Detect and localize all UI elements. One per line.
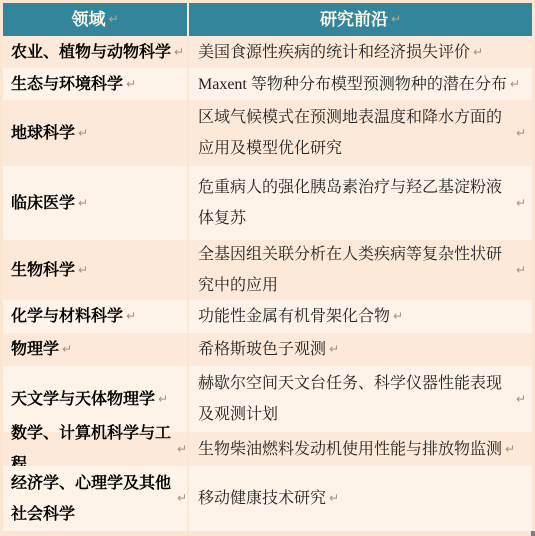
field-text: 临床医学 <box>11 188 75 219</box>
pilcrow-mark: ↵ <box>393 301 403 332</box>
pilcrow-mark: ↵ <box>516 255 526 286</box>
frontier-cell: 全基因组关联分析在人类疾病等复杂性状研究中的应用↵ <box>187 240 532 300</box>
pilcrow-mark: ↵ <box>177 483 187 514</box>
frontier-cell: 区域气候模式在预测地表温度和降水方面的应用及模型优化研究↵ <box>187 100 532 166</box>
pilcrow-mark: ↵ <box>329 483 339 514</box>
field-cell: 数学、计算机科学与工程↵ <box>3 432 187 466</box>
table-row: 地球科学↵ 区域气候模式在预测地表温度和降水方面的应用及模型优化研究↵ <box>3 100 532 166</box>
frontier-text: Maxent 等物种分布模型预测物种的潜在分布 <box>198 69 507 100</box>
field-text: 生态与环境科学 <box>11 69 123 100</box>
table-row: 化学与材料科学↵ 功能性金属有机骨架化合物↵ <box>3 300 532 333</box>
frontier-cell: 美国食源性疾病的统计和经济损失评价↵ <box>187 36 532 68</box>
field-cell: 临床医学↵ <box>3 166 187 240</box>
frontier-cell: Maxent 等物种分布模型预测物种的潜在分布↵ <box>187 68 532 100</box>
field-text: 物理学 <box>11 334 59 365</box>
pilcrow-mark: ↵ <box>516 384 526 415</box>
header-frontier-label: 研究前沿 <box>320 4 388 35</box>
frontier-cell: 希格斯玻色子观测↵ <box>187 333 532 366</box>
pilcrow-mark: ↵ <box>473 37 483 68</box>
frontier-text: 移动健康技术研究 <box>198 483 326 514</box>
field-text: 农业、植物与动物科学 <box>11 37 171 68</box>
pilcrow-mark: ↵ <box>391 4 401 35</box>
pilcrow-mark: ↵ <box>510 69 520 100</box>
pilcrow-mark: ↵ <box>516 118 526 149</box>
frontier-text: 希格斯玻色子观测 <box>198 334 326 365</box>
pilcrow-mark: ↵ <box>126 301 136 332</box>
table-row: 生物科学↵ 全基因组关联分析在人类疾病等复杂性状研究中的应用↵ <box>3 240 532 300</box>
pilcrow-mark: ↵ <box>126 69 136 100</box>
field-cell: 生物科学↵ <box>3 240 187 300</box>
frontier-text: 功能性金属有机骨架化合物 <box>198 301 390 332</box>
pilcrow-mark: ↵ <box>505 434 515 465</box>
corner-mark <box>531 531 535 536</box>
frontier-text: 全基因组关联分析在人类疾病等复杂性状研究中的应用 <box>198 239 513 301</box>
header-field-cell: 领域↵ <box>3 3 187 36</box>
field-text: 地球科学 <box>11 118 75 149</box>
field-text: 生物科学 <box>11 255 75 286</box>
research-fronts-table: 领域↵ 研究前沿↵ 农业、植物与动物科学↵ 美国食源性疾病的统计和经济损失评价↵… <box>3 3 532 531</box>
table-header-row: 领域↵ 研究前沿↵ <box>3 3 532 36</box>
frontier-text: 赫歇尔空间天文台任务、科学仪器性能表现及观测计划 <box>198 368 513 430</box>
field-text: 化学与材料科学 <box>11 301 123 332</box>
pilcrow-mark: ↵ <box>177 434 187 465</box>
field-cell: 经济学、心理学及其他社会科学↵ <box>3 466 187 531</box>
pilcrow-mark: ↵ <box>108 4 118 35</box>
header-frontier-cell: 研究前沿↵ <box>187 3 532 36</box>
frontier-cell: 危重病人的强化胰岛素治疗与羟乙基淀粉液体复苏↵ <box>187 166 532 240</box>
frontier-text: 区域气候模式在预测地表温度和降水方面的应用及模型优化研究 <box>198 102 513 164</box>
pilcrow-mark: ↵ <box>158 384 168 415</box>
pilcrow-mark: ↵ <box>78 255 88 286</box>
pilcrow-mark: ↵ <box>174 37 184 68</box>
table-row: 物理学↵ 希格斯玻色子观测↵ <box>3 333 532 366</box>
field-text: 经济学、心理学及其他社会科学 <box>11 468 174 530</box>
frontier-text: 美国食源性疾病的统计和经济损失评价 <box>198 37 470 68</box>
pilcrow-mark: ↵ <box>516 188 526 219</box>
frontier-cell: 生物柴油燃料发动机使用性能与排放物监测↵ <box>187 432 532 466</box>
field-text: 天文学与天体物理学 <box>11 384 155 415</box>
frontier-cell: 移动健康技术研究↵ <box>187 466 532 531</box>
document-table-frame: 领域↵ 研究前沿↵ 农业、植物与动物科学↵ 美国食源性疾病的统计和经济损失评价↵… <box>0 0 535 536</box>
field-cell: 生态与环境科学↵ <box>3 68 187 100</box>
pilcrow-mark: ↵ <box>329 334 339 365</box>
field-cell: 化学与材料科学↵ <box>3 300 187 333</box>
table-row: 生态与环境科学↵ Maxent 等物种分布模型预测物种的潜在分布↵ <box>3 68 532 100</box>
table-row: 临床医学↵ 危重病人的强化胰岛素治疗与羟乙基淀粉液体复苏↵ <box>3 166 532 240</box>
frontier-cell: 赫歇尔空间天文台任务、科学仪器性能表现及观测计划↵ <box>187 366 532 432</box>
frontier-cell: 功能性金属有机骨架化合物↵ <box>187 300 532 333</box>
table-row: 数学、计算机科学与工程↵ 生物柴油燃料发动机使用性能与排放物监测↵ <box>3 432 532 466</box>
frontier-text: 生物柴油燃料发动机使用性能与排放物监测 <box>198 434 502 465</box>
header-field-label: 领域 <box>71 4 105 35</box>
field-cell: 地球科学↵ <box>3 100 187 166</box>
frontier-text: 危重病人的强化胰岛素治疗与羟乙基淀粉液体复苏 <box>198 172 513 234</box>
table-row: 农业、植物与动物科学↵ 美国食源性疾病的统计和经济损失评价↵ <box>3 36 532 68</box>
field-cell: 物理学↵ <box>3 333 187 366</box>
pilcrow-mark: ↵ <box>78 118 88 149</box>
field-cell: 农业、植物与动物科学↵ <box>3 36 187 68</box>
pilcrow-mark: ↵ <box>62 334 72 365</box>
pilcrow-mark: ↵ <box>78 188 88 219</box>
table-row: 经济学、心理学及其他社会科学↵ 移动健康技术研究↵ <box>3 466 532 531</box>
